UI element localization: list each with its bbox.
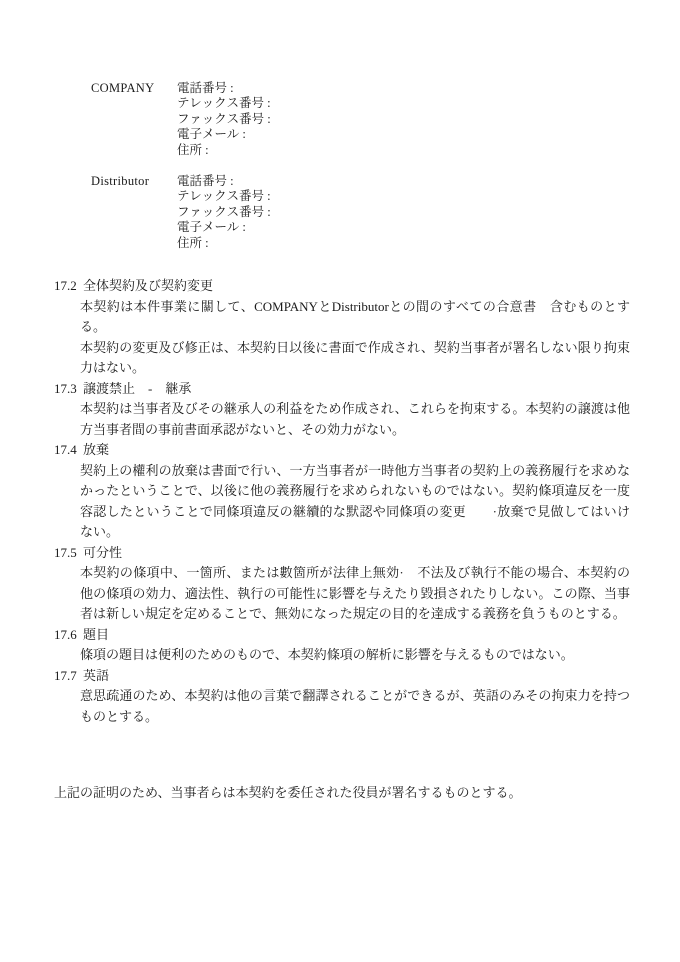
section-17-2: 17.2全体契約及び契約変更 本契約は本件事業に關して、COMPANYとDist… [0,276,680,379]
section-number: 17.7 [54,666,83,687]
section-title: 放棄 [83,442,109,457]
section-paragraph: 契約上の權利の放棄は書面で行い、一方当事者が一時他方当事者の契約上の義務履行を求… [80,461,630,543]
section-number: 17.3 [54,379,83,400]
contact-field-telex: テレックス番号 : [177,189,271,204]
section-title: 譲渡禁止 - 継承 [83,381,191,396]
contact-field-address: 住所 : [177,143,271,158]
section-paragraph: 本契約は当事者及びその継承人の利益をため作成され、これらを拘束する。本契約の譲渡… [80,399,630,440]
section-heading: 17.6題目 [54,625,680,646]
section-paragraph: 意思疏通のため、本契約は他の言葉で翻譯されることができるが、英語のみその拘束力を… [80,686,630,727]
contact-block-distributor: Distributor 電話番号 : テレックス番号 : ファックス番号 : 電… [0,174,680,251]
section-paragraph: 本契約の変更及び修正は、本契約日以後に書面で作成され、契約当事者が署名しない限り… [80,338,630,379]
section-17-3: 17.3譲渡禁止 - 継承 本契約は当事者及びその継承人の利益をため作成され、こ… [0,379,680,441]
section-17-7: 17.7英語 意思疏通のため、本契約は他の言葉で翻譯されることができるが、英語の… [0,666,680,728]
section-17-4: 17.4放棄 契約上の權利の放棄は書面で行い、一方当事者が一時他方当事者の契約上… [0,440,680,543]
section-heading: 17.5可分性 [54,543,680,564]
section-paragraph: 本契約は本件事業に關して、COMPANYとDistributorとの間のすべての… [80,297,630,338]
party-label-distributor: Distributor [91,174,177,189]
contract-document-page: COMPANY 電話番号 : テレックス番号 : ファックス番号 : 電子メール… [0,0,680,962]
section-17-6: 17.6題目 條項の題目は便利のためのもので、本契約條項の解析に影響を与えるもの… [0,625,680,666]
contract-clauses: 17.2全体契約及び契約変更 本契約は本件事業に關して、COMPANYとDist… [0,276,680,804]
section-heading: 17.4放棄 [54,440,680,461]
contact-block-company: COMPANY 電話番号 : テレックス番号 : ファックス番号 : 電子メール… [0,81,680,158]
contact-field-address: 住所 : [177,236,271,251]
section-paragraph: 條項の題目は便利のためのもので、本契約條項の解析に影響を与えるものではない。 [80,645,630,666]
section-title: 題目 [83,627,109,642]
contact-field-phone: 電話番号 : [177,81,271,96]
section-heading: 17.2全体契約及び契約変更 [54,276,680,297]
contact-field-fax: ファックス番号 : [177,112,271,127]
contact-fields-company: 電話番号 : テレックス番号 : ファックス番号 : 電子メール : 住所 : [177,81,271,158]
contact-field-email: 電子メール : [177,220,271,235]
section-title: 全体契約及び契約変更 [83,278,213,293]
contact-field-telex: テレックス番号 : [177,96,271,111]
section-number: 17.6 [54,625,83,646]
closing-statement: 上記の証明のため、当事者らは本契約を委任された役員が署名するものとする。 [54,783,654,804]
section-number: 17.5 [54,543,83,564]
section-title: 英語 [83,668,109,683]
section-paragraph: 本契約の條項中、一箇所、または數箇所が法律上無効· 不法及び執行不能の場合、本契… [80,563,630,625]
contact-field-phone: 電話番号 : [177,174,271,189]
section-heading: 17.3譲渡禁止 - 継承 [54,379,680,400]
section-title: 可分性 [83,545,122,560]
section-heading: 17.7英語 [54,666,680,687]
contact-field-fax: ファックス番号 : [177,205,271,220]
section-17-5: 17.5可分性 本契約の條項中、一箇所、または數箇所が法律上無効· 不法及び執行… [0,543,680,625]
contact-fields-distributor: 電話番号 : テレックス番号 : ファックス番号 : 電子メール : 住所 : [177,174,271,251]
contact-field-email: 電子メール : [177,127,271,142]
section-number: 17.4 [54,440,83,461]
section-number: 17.2 [54,276,83,297]
party-label-company: COMPANY [91,81,177,96]
